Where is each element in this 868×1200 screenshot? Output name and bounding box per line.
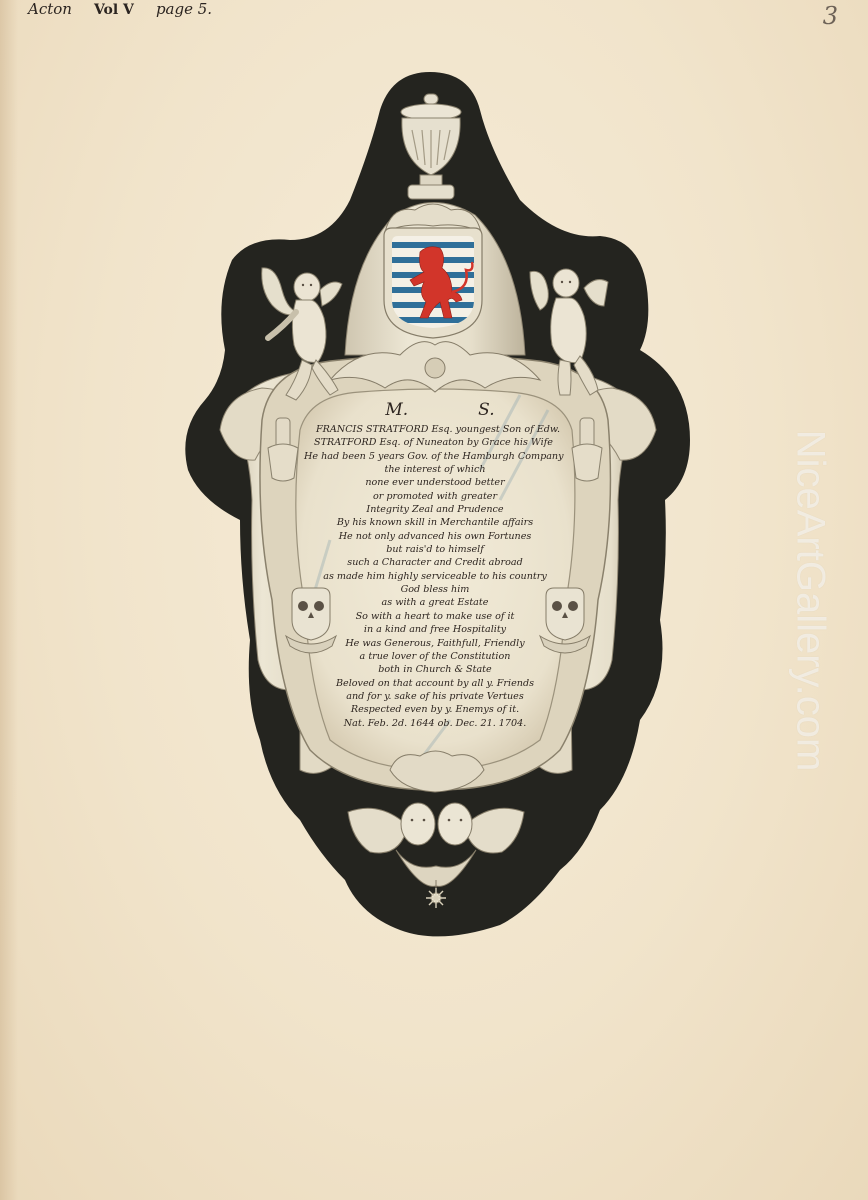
inscription-line: the interest of which [300, 463, 570, 476]
inscription-line: STRATFORD Esq. of Nuneaton by Grace his … [314, 436, 570, 449]
inscription-line: in a kind and free Hospitality [300, 623, 570, 636]
inscription-line: He was Generous, Faithfull, Friendly [300, 637, 570, 650]
inscription-line: but rais'd to himself [300, 543, 570, 556]
inscription-line: God bless him [300, 583, 570, 596]
inscription-line: Nat. Feb. 2d. 1644 ob. Dec. 21. 1704. [300, 717, 570, 730]
heading-m: M. [385, 400, 408, 420]
inscription-line: such a Character and Credit abroad [300, 556, 570, 569]
inscription-line: He had been 5 years Gov. of the Hamburgh… [304, 450, 570, 463]
inscription-line: So with a heart to make use of it [300, 610, 570, 623]
inscription-heading: M. S. [300, 400, 570, 420]
inscription-line: By his known skill in Merchantile affair… [300, 516, 570, 529]
memorial-inscription: M. S. FRANCIS STRATFORD Esq. youngest So… [300, 400, 570, 730]
inscription-line: both in Church & State [300, 663, 570, 676]
inscription-line: a true lover of the Constitution [300, 650, 570, 663]
coat-of-arms-shield [384, 228, 482, 338]
inscription-line: none ever understood better [300, 476, 570, 489]
inscription-line: as made him highly serviceable to his co… [300, 570, 570, 583]
inscription-line: Beloved on that account by all y. Friend… [300, 677, 570, 690]
inscription-line: Integrity Zeal and Prudence [300, 503, 570, 516]
inscription-line: or promoted with greater [300, 490, 570, 503]
watermark-text: NiceArtGallery.com [788, 429, 833, 771]
inscription-line: as with a great Estate [300, 596, 570, 609]
inscription-line: and for y. sake of his private Vertues [300, 690, 570, 703]
watermark: NiceArtGallery.com [780, 405, 840, 795]
inscription-line: He not only advanced his own Fortunes [300, 530, 570, 543]
inscription-line: FRANCIS STRATFORD Esq. youngest Son of E… [316, 423, 570, 436]
heading-s: S. [478, 400, 494, 420]
inscription-line: Respected even by y. Enemys of it. [300, 703, 570, 716]
